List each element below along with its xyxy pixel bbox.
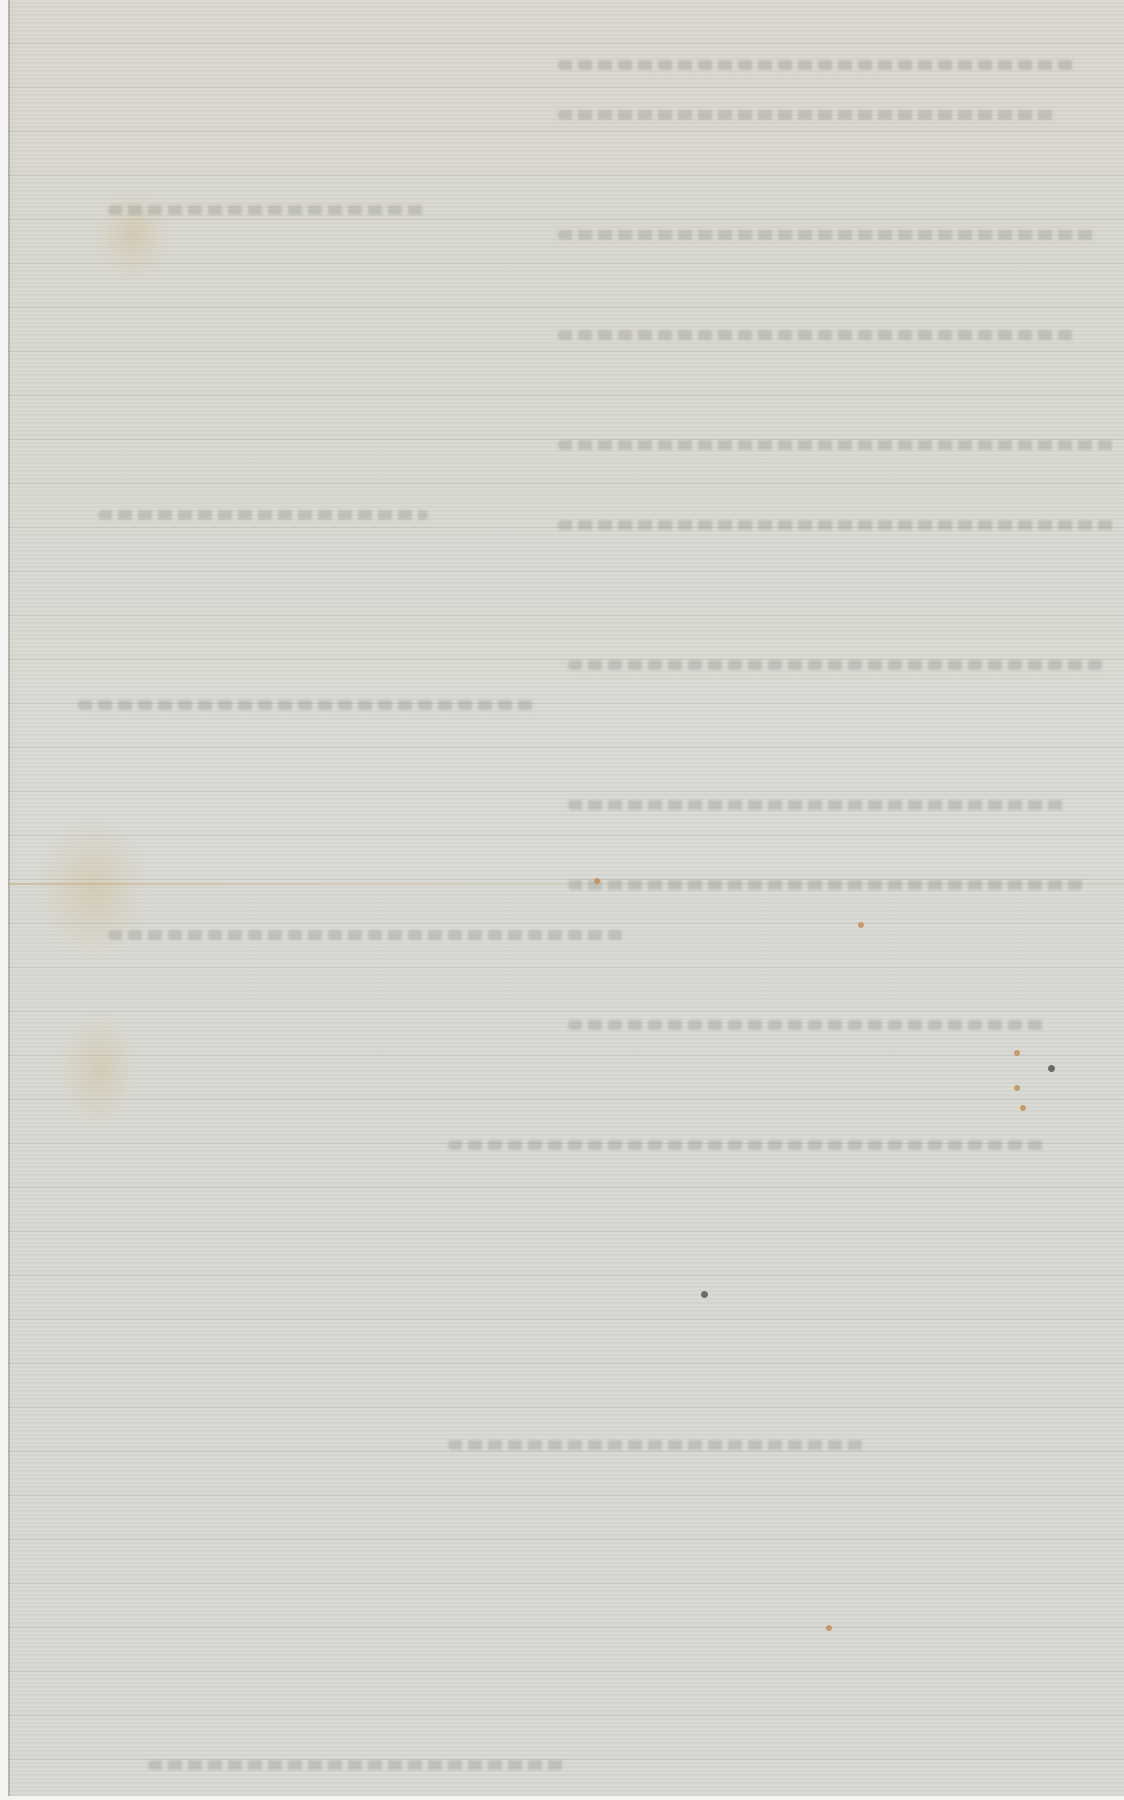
foxing-spot <box>594 878 600 884</box>
bleed-through-text <box>78 700 538 710</box>
bleed-through-text <box>558 440 1118 450</box>
foxing-spot <box>826 1625 832 1631</box>
water-stain <box>98 190 168 280</box>
bleed-through-text <box>108 205 428 215</box>
foxing-spot <box>858 922 864 928</box>
bleed-through-text <box>568 660 1108 670</box>
bleed-through-text <box>448 1140 1048 1150</box>
bleed-through-text <box>558 110 1058 120</box>
bleed-through-text <box>98 510 428 520</box>
foxing-spot <box>1014 1085 1020 1091</box>
bleed-through-text <box>108 930 628 940</box>
foxing-spot <box>1020 1105 1026 1111</box>
water-stain <box>58 1010 138 1130</box>
bleed-through-text <box>448 1440 868 1450</box>
bleed-through-text <box>568 800 1068 810</box>
ink-spot <box>701 1291 708 1298</box>
foxing-spot <box>1014 1050 1020 1056</box>
bleed-through-text <box>558 60 1078 70</box>
bleed-through-text <box>568 1020 1048 1030</box>
bleed-through-text <box>148 1760 568 1770</box>
bleed-through-text <box>558 230 1098 240</box>
bleed-through-text <box>558 520 1118 530</box>
ink-spot <box>1048 1065 1055 1072</box>
bleed-through-text <box>568 880 1088 890</box>
manuscript-page <box>8 0 1124 1796</box>
bleed-through-text <box>558 330 1078 340</box>
